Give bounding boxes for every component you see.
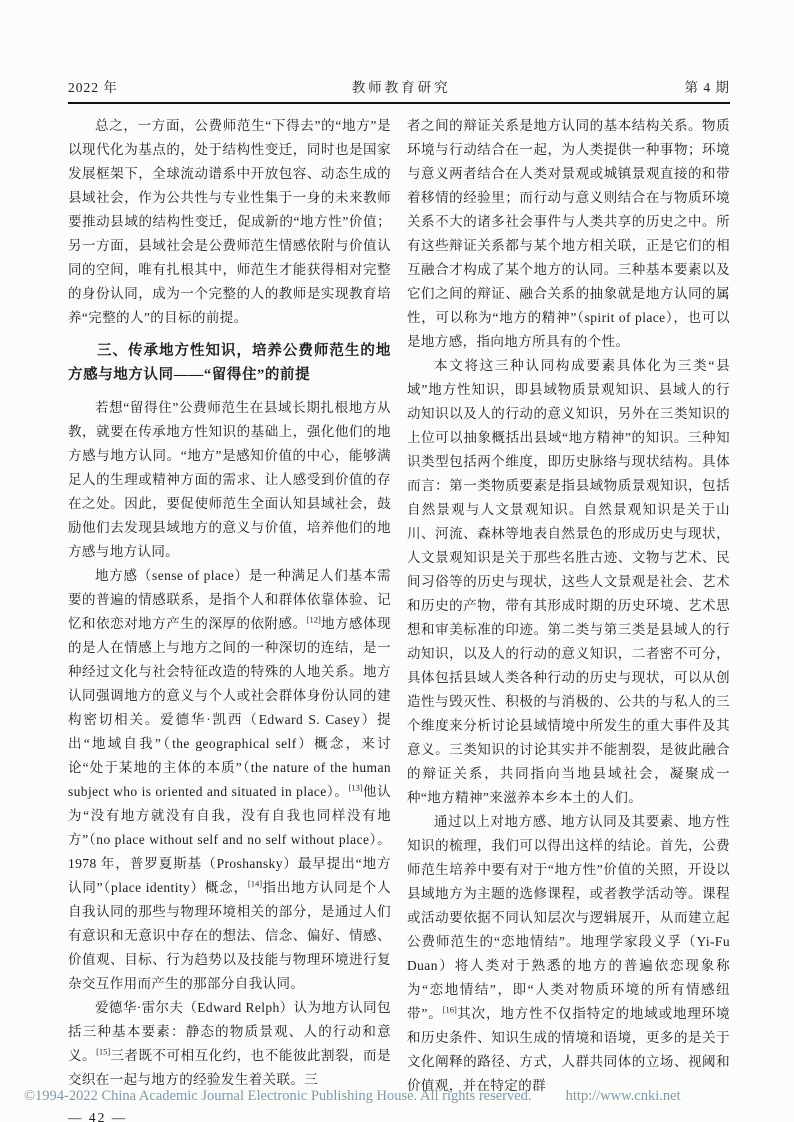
paragraph: 通过以上对地方感、地方认同及其要素、地方性知识的梳理，我们可以得出这样的结论。首… xyxy=(407,810,730,1098)
paragraph: 若想“留得住”公费师范生在县域长期扎根地方从教，就要在传承地方性知识的基础上，强… xyxy=(68,396,391,564)
article-body: 总之，一方面，公费师范生“下得去”的“地方”是以现代化为基点的，处于结构性变迁，… xyxy=(68,114,730,1122)
paragraph: 总之，一方面，公费师范生“下得去”的“地方”是以现代化为基点的，处于结构性变迁，… xyxy=(68,114,391,330)
footer-url: http://www.cnki.net xyxy=(566,1088,681,1105)
footer-copyright: ©1994-2022 China Academic Journal Electr… xyxy=(24,1088,532,1105)
citation-ref: [13] xyxy=(349,783,363,793)
paragraph: 爱德华·雷尔夫（Edward Relph）认为地方认同包括三种基本要素：静态的物… xyxy=(68,996,391,1092)
column-right: 者之间的辩证关系是地方认同的基本结构关系。物质环境与行动结合在一起，为人类提供一… xyxy=(407,114,730,1122)
paragraph: 者之间的辩证关系是地方认同的基本结构关系。物质环境与行动结合在一起，为人类提供一… xyxy=(407,114,730,354)
header-year: 2022 年 xyxy=(68,76,118,96)
journal-page: 2022 年 教师教育研究 第 4 期 总之，一方面，公费师范生“下得去”的“地… xyxy=(0,0,794,1122)
citation-ref: [16] xyxy=(443,1005,457,1015)
column-left: 总之，一方面，公费师范生“下得去”的“地方”是以现代化为基点的，处于结构性变迁，… xyxy=(68,114,391,1122)
section-heading: 三、传承地方性知识，培养公费师范生的地方感与地方认同——“留得住”的前提 xyxy=(68,339,391,387)
header-journal-title: 教师教育研究 xyxy=(352,76,451,96)
page-number: — 42 — xyxy=(68,1106,391,1122)
citation-ref: [12] xyxy=(307,615,321,625)
cnki-footer: ©1994-2022 China Academic Journal Electr… xyxy=(24,1088,770,1105)
paragraph: 本文将这三种认同构成要素具体化为三类“县域”地方性知识，即县域物质景观知识、县域… xyxy=(407,354,730,810)
citation-ref: [14] xyxy=(248,879,262,889)
paragraph: 地方感（sense of place）是一种满足人们基本需要的普遍的情感联系，是… xyxy=(68,564,391,996)
page-header: 2022 年 教师教育研究 第 4 期 xyxy=(68,74,730,104)
header-issue: 第 4 期 xyxy=(685,76,731,96)
citation-ref: [15] xyxy=(96,1047,110,1057)
